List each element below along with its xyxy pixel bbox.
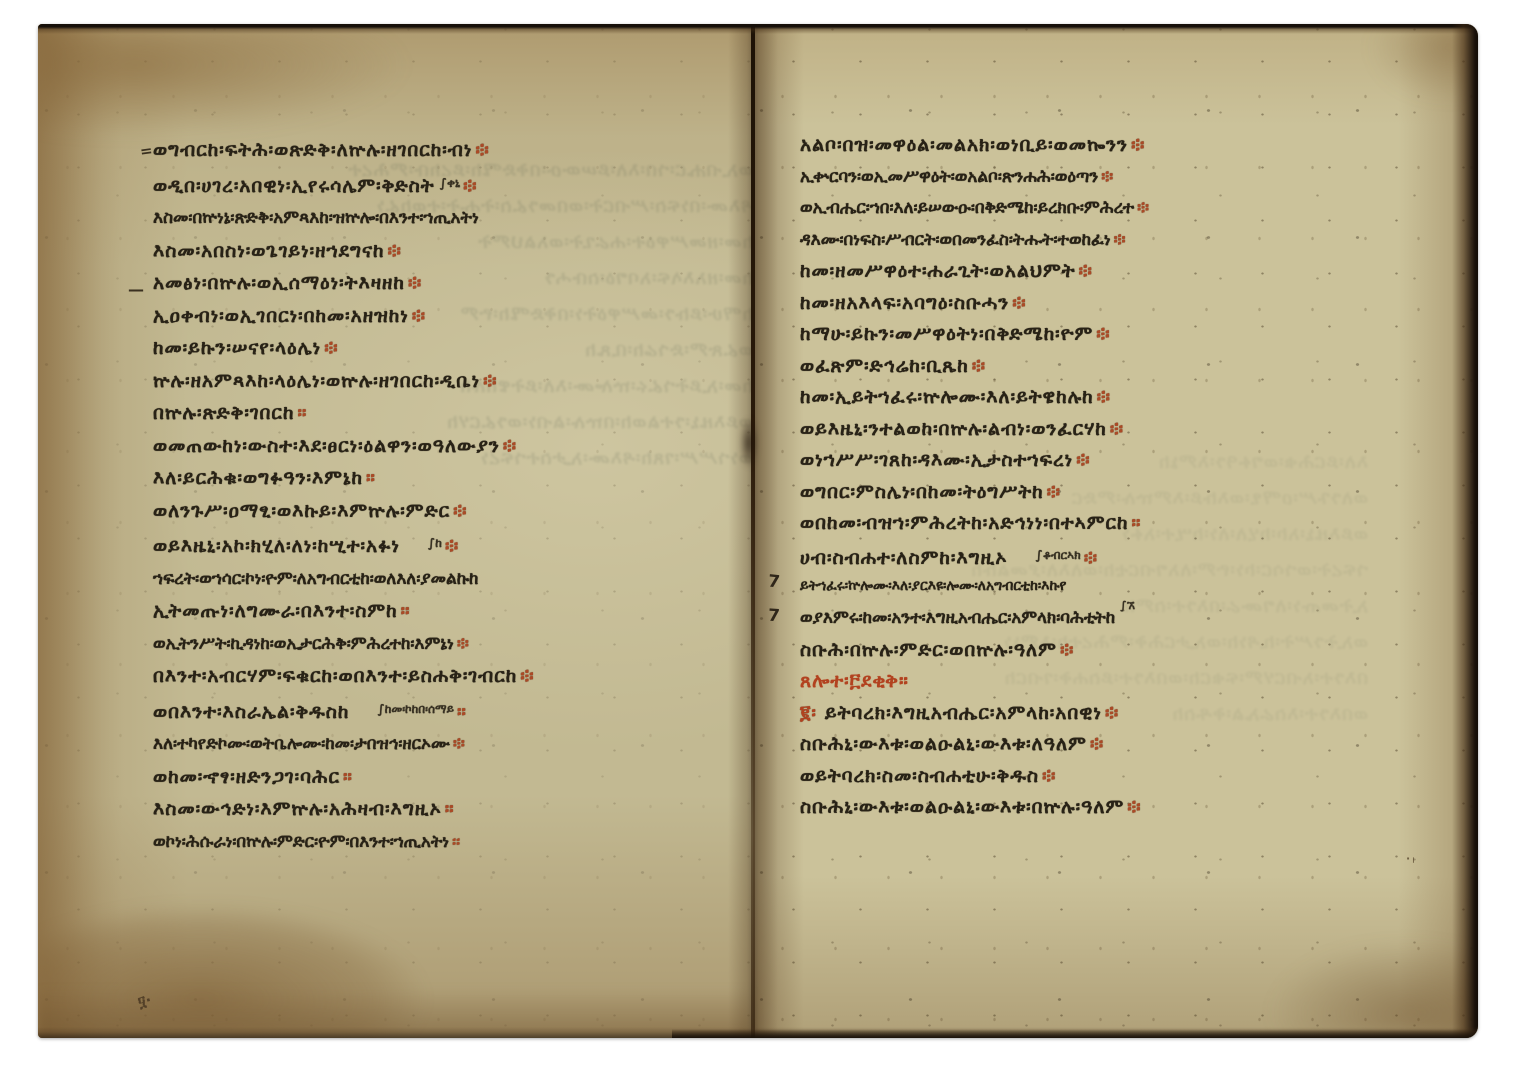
line-text: በእንተ፡አብርሃም፡ፍቁርከ፡ወበእንተ፡ይስሐቅ፡ገብርከ xyxy=(153,665,517,687)
right-text-column: አልቦ፡በዝ፡መዋዕል፡መልአክ፡ወነቢይ፡ወመኰንን፨ኢቍርባን፡ወኢመሥዋዕ… xyxy=(800,130,1400,824)
section-mark: ፨ xyxy=(1097,386,1111,408)
section-mark: ። xyxy=(297,402,307,424)
text-line: ኀፍረት፡ወኀሳር፡ኮነ፡ዮም፡ለአግብርቲከ፡ወለእለ፡ያመልኩከ xyxy=(153,563,753,596)
section-mark: ፨ xyxy=(457,634,469,654)
section-mark: ፨ xyxy=(1079,260,1093,282)
text-line: ወኢትንሥት፡ኪዳነከ፡ወኢታርሕቅ፡ምሕረተከ፡እምኔነ፨ xyxy=(153,628,753,661)
text-line: ወዲበ፡ሀገረ፡አበዊነ፡ኢየሩሳሌም፡ቅድስት∫ቀኒ፨ xyxy=(153,167,753,203)
text-line: ወይእዜኒ፡ንተልወከ፡በኵሉ፡ልብነ፡ወንፈርሃከ፨ xyxy=(800,414,1400,446)
marginal-insertion: ∫ከመ፡ኮከበ፡ሰማይ xyxy=(377,702,454,716)
section-mark: ፨ xyxy=(408,272,422,294)
text-line: ፪፡ይትባረክ፡እግዚአብሔር፡አምላከ፡አበዊነ፨ xyxy=(800,698,1400,730)
text-line: ከመ፡ይኩን፡ሠናየ፡ላዕሌነ፨ xyxy=(153,332,753,365)
text-line: ኵሉ፡ዘአምጻእከ፡ላዕሌነ፡ወኵሉ፡ዘገበርከ፡ዲቤነ፨ xyxy=(153,365,753,398)
text-line: ዳእሙ፡በነፍስ፡ሥብርት፡ወበመንፈስ፡ትሑት፡ተወከፈነ፨ xyxy=(800,225,1400,257)
line-text: ወያእምሩ፡ከመ፡አንተ፡እግዚአብሔር፡አምላክ፡ባሕቲትከ xyxy=(800,608,1115,628)
text-line: ወይእዜኒ፡አኮ፡ክሂለ፡ለነ፡ከሢተ፡አፉነ∫ከ፨ xyxy=(153,527,753,563)
section-mark: ፨ xyxy=(1110,418,1124,440)
text-line: ወይትባረክ፡ስመ፡ስብሐቲሁ፡ቅዱስ፨ xyxy=(800,761,1400,793)
line-text: ወመጠውከነ፡ውስተ፡እደ፡ፀርነ፡ዕልዋን፡ወዓለውያን xyxy=(153,435,500,457)
text-line: ኢዐቀብነ፡ወኢገበርነ፡በከመ፡አዘዝከነ፨ xyxy=(153,300,753,333)
line-text: ወበእንተ፡እስራኤል፡ቅዱስከ xyxy=(153,701,349,723)
line-text: ወኢብሔር፡ኀበ፡እለ፡ይሠውዑ፡በቅድሜከ፡ይረክቡ፡ምሕረተ xyxy=(800,198,1134,218)
section-mark: ፨ xyxy=(412,305,426,327)
text-line: ወኮነ፡ሕሱራነ፡በኵሉ፡ምድር፡ዮም፡በእንተ፡ኀጢአትነ፡፡ xyxy=(153,826,753,859)
text-line: እስመ፡አበስነ፡ወጌገይነ፡ዘኀደግናከ፨ xyxy=(153,235,753,268)
text-line: ከመ፡ኢይትኀፈሩ፡ኵሎሙ፡እለ፡ይትዌከሉከ፨ xyxy=(800,382,1400,414)
text-line: በኵሉ፡ጽድቅ፡ገበርከ። xyxy=(153,397,753,430)
line-text: አመፅነ፡በኵሉ፡ወኢሰማዕነ፡ትእዛዘከ xyxy=(153,272,405,294)
section-mark: ፨ xyxy=(445,535,459,557)
text-line: እለ፡ተካየድኮሙ፡ወትቤሎሙ፡ከመ፡ታበዝኅ፡ዘርኦሙ፨ xyxy=(153,728,753,761)
line-text: ወፈጽም፡ድኅሬከ፡ቢጼከ xyxy=(800,355,969,377)
line-text: ኀፍረት፡ወኀሳር፡ኮነ፡ዮም፡ለአግብርቲከ፡ወለእለ፡ያመልኩከ xyxy=(153,569,478,589)
gutter-stain xyxy=(736,406,762,480)
section-mark: ፨ xyxy=(463,175,477,197)
marginal-insertion: ∫ከ xyxy=(428,536,442,550)
line-text: ስቡሕኒ፡ውእቱ፡ወልዑልኒ፡ውእቱ፡በኵሉ፡ዓለም xyxy=(800,796,1124,818)
text-line: እስመ፡ውኅድነ፡እምኵሉ፡አሕዛብ፡እግዚኦ። xyxy=(153,793,753,826)
section-mark: ። xyxy=(366,467,376,489)
section-mark: ፨ xyxy=(1090,733,1104,755)
text-line: ወነኀሥሥ፡ገጸከ፡ዳእሙ፡ኢታስተኀፍረነ፨ xyxy=(800,445,1400,477)
section-mark: ። xyxy=(401,600,411,622)
line-text: ኵሉ፡ዘአምጻእከ፡ላዕሌነ፡ወኵሉ፡ዘገበርከ፡ዲቤነ xyxy=(153,370,480,392)
section-mark: ፨ xyxy=(1114,230,1126,250)
text-line: አመፅነ፡በኵሉ፡ወኢሰማዕነ፡ትእዛዘከ፨ xyxy=(153,267,753,300)
line-text: ኢዐቀብነ፡ወኢገበርነ፡በከመ፡አዘዝከነ xyxy=(153,305,409,327)
text-line: ስቡሕ፡በኵሉ፡ምድር፡ወበኵሉ፡ዓለም፨ xyxy=(800,635,1400,667)
section-mark: ። xyxy=(457,701,467,723)
text-line: ወመጠውከነ፡ውስተ፡እደ፡ፀርነ፡ዕልዋን፡ወዓለውያን፨ xyxy=(153,430,753,463)
line-text: እስመ፡ውኅድነ፡እምኵሉ፡አሕዛብ፡እግዚኦ xyxy=(153,798,442,820)
manuscript-book-scan: ወኢብሔር፡ኀበ፡እለ፡ይሠውዑ፡በቅድሜከ፡ይረክቡ፡ምሕረተዳእሙ፡በነፍስ… xyxy=(38,24,1478,1038)
section-mark: ። xyxy=(343,766,353,788)
section-mark: ፨ xyxy=(1137,198,1149,218)
line-text: ከመ፡ኢይትኀፈሩ፡ኵሎሙ፡እለ፡ይትዌከሉከ xyxy=(800,386,1094,408)
marginal-insertion: ∫ቀኒ xyxy=(440,176,461,190)
section-mark: ፨ xyxy=(972,355,986,377)
text-line: ወለንጉሥ፡ዐማፂ፡ወእኩይ፡እምኵሉ፡ምድር፨ xyxy=(153,495,753,528)
section-mark: ፨ xyxy=(453,500,467,522)
section-mark: ፨ xyxy=(475,139,489,161)
text-line: ወያእምሩ፡ከመ፡አንተ፡እግዚአብሔር፡አምላክ፡ባሕቲትከ∫ኧ xyxy=(800,599,1400,635)
line-text: ወግብርከ፡ፍትሕ፡ወጽድቅ፡ለኵሉ፡ዘገበርከ፡ብነ xyxy=(153,139,472,161)
line-text: ከመ፡ዘአእላፍ፡አባግዕ፡ስቡሓን xyxy=(800,292,1009,314)
marginal-insertion: ∫ቆብርኣክ xyxy=(1036,548,1081,562)
line-text: ጸሎተ፡፫ደቂቅ። xyxy=(800,670,909,692)
text-line: ወግብርከ፡ፍትሕ፡ወጽድቅ፡ለኵሉ፡ዘገበርከ፡ብነ፨ xyxy=(153,134,753,167)
line-text: አልቦ፡በዝ፡መዋዕል፡መልአክ፡ወነቢይ፡ወመኰንን xyxy=(800,134,1128,156)
line-text: ስቡሕኒ፡ውእቱ፡ወልዑልኒ፡ውእቱ፡ለዓለም xyxy=(800,733,1087,755)
line-text: ይትባረክ፡እግዚአብሔር፡አምላከ፡አበዊነ xyxy=(825,702,1102,724)
text-line: ወበእንተ፡እስራኤል፡ቅዱስከ∫ከመ፡ኮከበ፡ሰማይ። xyxy=(153,693,753,729)
line-text: ይትኀፈሩ፡ኵሎሙ፡እለ፡ያርእዩ፡ሎሙ፡ለአግብርቲከ፡እኩየ xyxy=(800,578,1066,594)
text-line: ስቡሕኒ፡ውእቱ፡ወልዑልኒ፡ውእቱ፡ለዓለም፨ xyxy=(800,729,1400,761)
section-mark: ፡፡ xyxy=(452,832,460,852)
text-line: ከመ፡ዘመሥዋዕተ፡ሐራጊት፡ወአልህምት፨ xyxy=(800,256,1400,288)
marginal-insertion: ∫ኧ xyxy=(1120,599,1135,612)
text-line: ኢትመጡነ፡ለግሙራ፡በእንተ፡ስምከ። xyxy=(153,595,753,628)
line-text: ወበከመ፡ብዝኀ፡ምሕረትከ፡አድኅነነ፡በተኣምርከ xyxy=(800,512,1129,534)
line-text: ወይትባረክ፡ስመ፡ስብሐቲሁ፡ቅዱስ xyxy=(800,765,1039,787)
section-mark: ። xyxy=(1132,512,1142,534)
line-text: ስቡሕ፡በኵሉ፡ምድር፡ወበኵሉ፡ዓለም xyxy=(800,639,1057,661)
section-mark: ፨ xyxy=(503,435,517,457)
line-text: በኵሉ፡ጽድቅ፡ገበርከ xyxy=(153,402,294,424)
line-text: ወይእዜኒ፡ንተልወከ፡በኵሉ፡ልብነ፡ወንፈርሃከ xyxy=(800,418,1107,440)
text-line: ወፈጽም፡ድኅሬከ፡ቢጼከ፨ xyxy=(800,351,1400,383)
text-line: ወኢብሔር፡ኀበ፡እለ፡ይሠውዑ፡በቅድሜከ፡ይረክቡ፡ምሕረተ፨ xyxy=(800,193,1400,225)
section-mark: ፨ xyxy=(1047,481,1061,503)
text-line: ወበከመ፡ብዝኀ፡ምሕረትከ፡አድኅነነ፡በተኣምርከ። xyxy=(800,508,1400,540)
section-mark: ፨ xyxy=(1012,292,1026,314)
line-text: እለ፡ተካየድኮሙ፡ወትቤሎሙ፡ከመ፡ታበዝኅ፡ዘርኦሙ xyxy=(153,734,450,754)
text-line: ከመ፡ዘአእላፍ፡አባግዕ፡ስቡሓን፨ xyxy=(800,288,1400,320)
line-text: ኢትመጡነ፡ለግሙራ፡በእንተ፡ስምከ xyxy=(153,600,398,622)
line-text: ሀብ፡ስብሐተ፡ለስምከ፡እግዚኦ xyxy=(800,547,1008,569)
line-text: እለ፡ይርሕቁ፡ወግፉዓን፡እምኔከ xyxy=(153,467,363,489)
text-line: በእንተ፡አብርሃም፡ፍቁርከ፡ወበእንተ፡ይስሐቅ፡ገብርከ፨ xyxy=(153,660,753,693)
line-text: ከመ፡ዘመሥዋዕተ፡ሐራጊት፡ወአልህምት xyxy=(800,260,1076,282)
section-mark: ፨ xyxy=(1076,449,1090,471)
line-text: ወከመ፡ኆፃ፡ዘድንጋገ፡ባሕር xyxy=(153,766,340,788)
section-mark: ። xyxy=(445,798,455,820)
section-mark: ፨ xyxy=(1084,547,1098,569)
line-text: ወኮነ፡ሕሱራነ፡በኵሉ፡ምድር፡ዮም፡በእንተ፡ኀጢአትነ xyxy=(153,832,449,852)
line-text: እስመ፡አበስነ፡ወጌገይነ፡ዘኀደግናከ xyxy=(153,240,385,262)
line-text: ወለንጉሥ፡ዐማፂ፡ወእኩይ፡እምኵሉ፡ምድር xyxy=(153,500,450,522)
line-text: ከማሁ፡ይኩን፡መሥዋዕትነ፡በቅድሜከ፡ዮም xyxy=(800,323,1093,345)
section-mark: ፨ xyxy=(1096,323,1110,345)
section-mark: ፨ xyxy=(324,337,338,359)
text-line: ሀብ፡ስብሐተ፡ለስምከ፡እግዚኦ∫ቆብርኣክ፨ xyxy=(800,540,1400,575)
line-text: ወዲበ፡ሀገረ፡አበዊነ፡ኢየሩሳሌም፡ቅድስት xyxy=(153,175,435,197)
line-text: ወግበር፡ምስሌነ፡በከመ፡ትዕግሥትከ xyxy=(800,481,1044,503)
left-text-column: ወግብርከ፡ፍትሕ፡ወጽድቅ፡ለኵሉ፡ዘገበርከ፡ብነ፨ወዲበ፡ሀገረ፡አበዊነ… xyxy=(153,134,753,858)
text-line: ይትኀፈሩ፡ኵሎሙ፡እለ፡ያርእዩ፡ሎሙ፡ለአግብርቲከ፡እኩየ xyxy=(800,574,1400,599)
section-mark: ፨ xyxy=(1131,134,1145,156)
line-text: ወይእዜኒ፡አኮ፡ክሂለ፡ለነ፡ከሢተ፡አፉነ xyxy=(153,535,400,557)
section-mark: ፨ xyxy=(520,665,534,687)
text-line: ስቡሕኒ፡ውእቱ፡ወልዑልኒ፡ውእቱ፡በኵሉ፡ዓለም፨ xyxy=(800,792,1400,824)
text-line: ወከመ፡ኆፃ፡ዘድንጋገ፡ባሕር። xyxy=(153,761,753,794)
text-line: እለ፡ይርሕቁ፡ወግፉዓን፡እምኔከ። xyxy=(153,462,753,495)
section-mark: ፨ xyxy=(1060,639,1074,661)
section-mark: ፨ xyxy=(1127,796,1141,818)
text-line: ኢቍርባን፡ወኢመሥዋዕት፡ወአልቦ፡ጽንሐሕ፡ወዕጣን፨ xyxy=(800,162,1400,194)
section-mark: ፨ xyxy=(453,734,465,754)
section-mark: ፨ xyxy=(1042,765,1056,787)
section-mark: ፨ xyxy=(1105,702,1119,724)
section-mark: ፨ xyxy=(483,370,497,392)
line-text: ኢቍርባን፡ወኢመሥዋዕት፡ወአልቦ፡ጽንሐሕ፡ወዕጣን xyxy=(800,167,1098,187)
text-line: ከማሁ፡ይኩን፡መሥዋዕትነ፡በቅድሜከ፡ዮም፨ xyxy=(800,319,1400,351)
section-mark: ፨ xyxy=(388,240,402,262)
section-mark: ፨ xyxy=(1101,167,1113,187)
text-line: ወግበር፡ምስሌነ፡በከመ፡ትዕግሥትከ፨ xyxy=(800,477,1400,509)
line-text: ከመ፡ይኩን፡ሠናየ፡ላዕሌነ xyxy=(153,337,321,359)
line-text: ወኢትንሥት፡ኪዳነከ፡ወኢታርሕቅ፡ምሕረተከ፡እምኔነ xyxy=(153,634,454,654)
line-text: እስመ፡በኵነኔ፡ጽድቅ፡አምጻእከ፡ዝኵሎ፡በእንተ፡ኀጢአትነ xyxy=(153,208,479,228)
rubric-line: ጸሎተ፡፫ደቂቅ። xyxy=(800,666,1400,698)
line-text: ወነኀሥሥ፡ገጸከ፡ዳእሙ፡ኢታስተኀፍረነ xyxy=(800,449,1073,471)
text-line: አልቦ፡በዝ፡መዋዕል፡መልአክ፡ወነቢይ፡ወመኰንን፨ xyxy=(800,130,1400,162)
line-text: ዳእሙ፡በነፍስ፡ሥብርት፡ወበመንፈስ፡ትሑት፡ተወከፈነ xyxy=(800,230,1111,250)
verse-number-red: ፪፡ xyxy=(800,702,817,724)
text-line: እስመ፡በኵነኔ፡ጽድቅ፡አምጻእከ፡ዝኵሎ፡በእንተ፡ኀጢአትነ xyxy=(153,202,753,235)
